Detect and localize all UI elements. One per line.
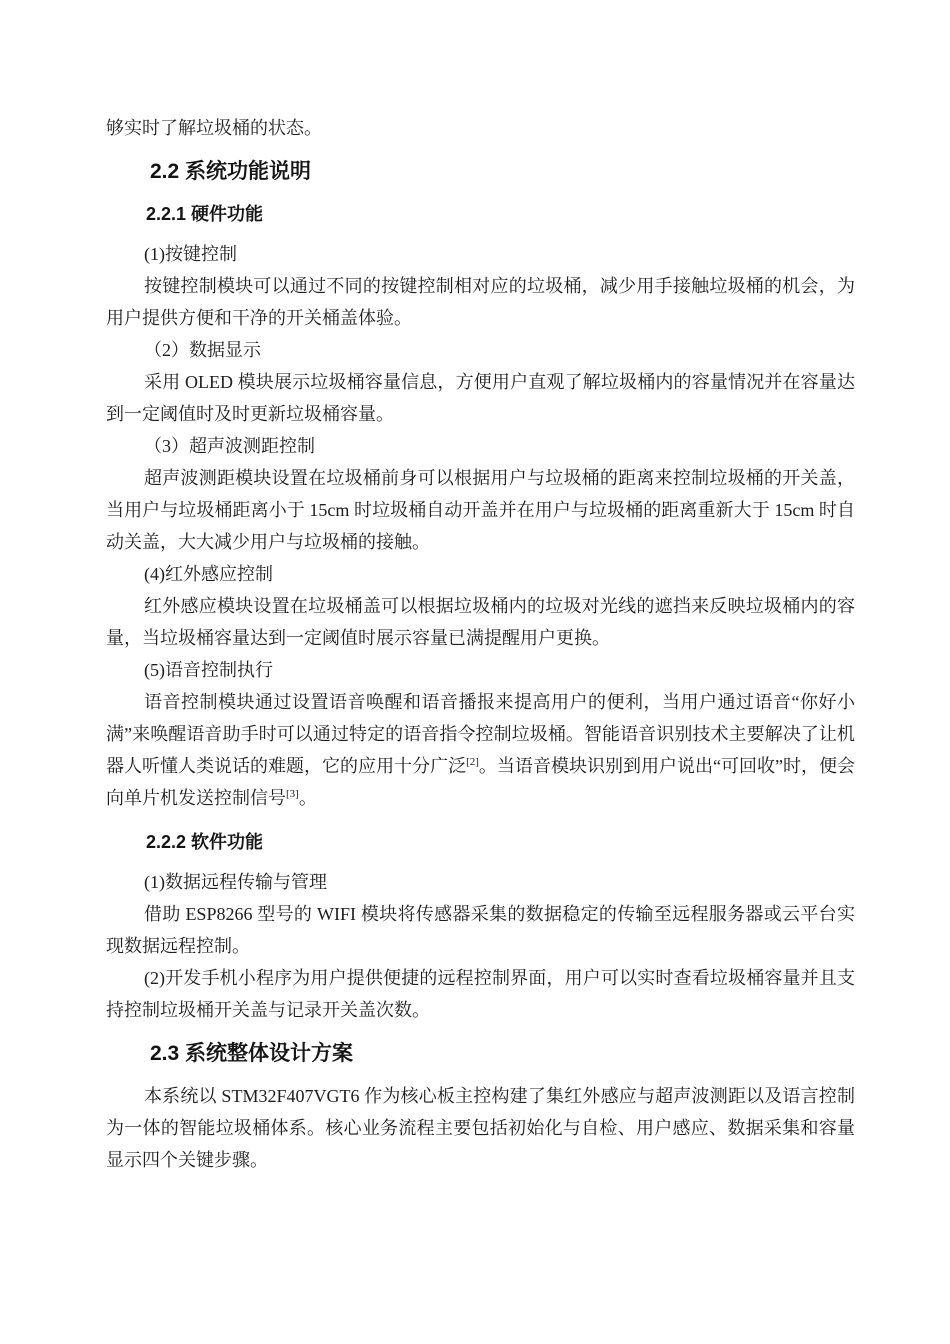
paragraph-button-control: 按键控制模块可以通过不同的按键控制相对应的垃圾桶，减少用手接触垃圾桶的机会，为用… — [106, 270, 855, 334]
heading-2-3-overall-design: 2.3 系统整体设计方案 — [106, 1039, 855, 1068]
item-1-remote-data-management: (1)数据远程传输与管理 — [106, 866, 855, 898]
heading-2-2-system-functions: 2.2 系统功能说明 — [106, 157, 855, 186]
citation-ref-2: [2] — [466, 756, 479, 768]
heading-2-2-2-software-functions: 2.2.2 软件功能 — [106, 828, 855, 856]
item-2-data-display: （2）数据显示 — [106, 334, 855, 366]
paragraph-infrared-sensing: 红外感应模块设置在垃圾桶盖可以根据垃圾桶内的垃圾对光线的遮挡来反映垃圾桶内的容量… — [106, 590, 855, 654]
item-1-button-control: (1)按键控制 — [106, 238, 855, 270]
paragraph-mini-program: (2)开发手机小程序为用户提供便捷的远程控制界面，用户可以实时查看垃圾桶容量并且… — [106, 962, 855, 1026]
document-page: 够实时了解垃圾桶的状态。 2.2 系统功能说明 2.2.1 硬件功能 (1)按键… — [0, 0, 950, 1344]
paragraph-status-continuation: 够实时了解垃圾桶的状态。 — [106, 112, 855, 144]
voice-control-text-c: 。 — [299, 788, 317, 808]
paragraph-wifi-transmission: 借助 ESP8266 型号的 WIFI 模块将传感器采集的数据稳定的传输至远程服… — [106, 898, 855, 962]
citation-ref-3: [3] — [286, 788, 299, 800]
heading-2-2-1-hardware-functions: 2.2.1 硬件功能 — [106, 200, 855, 228]
item-3-ultrasonic-ranging: （3）超声波测距控制 — [106, 430, 855, 462]
item-5-voice-control: (5)语音控制执行 — [106, 654, 855, 686]
item-4-infrared-sensing: (4)红外感应控制 — [106, 558, 855, 590]
paragraph-overall-design: 本系统以 STM32F407VGT6 作为核心板主控构建了集红外感应与超声波测距… — [106, 1080, 855, 1176]
paragraph-voice-control: 语音控制模块通过设置语音唤醒和语音播报来提高用户的便利，当用户通过语音“你好小满… — [106, 686, 855, 814]
paragraph-oled-display: 采用 OLED 模块展示垃圾桶容量信息，方便用户直观了解垃圾桶内的容量情况并在容… — [106, 366, 855, 430]
paragraph-ultrasonic-ranging: 超声波测距模块设置在垃圾桶前身可以根据用户与垃圾桶的距离来控制垃圾桶的开关盖，当… — [106, 462, 855, 558]
